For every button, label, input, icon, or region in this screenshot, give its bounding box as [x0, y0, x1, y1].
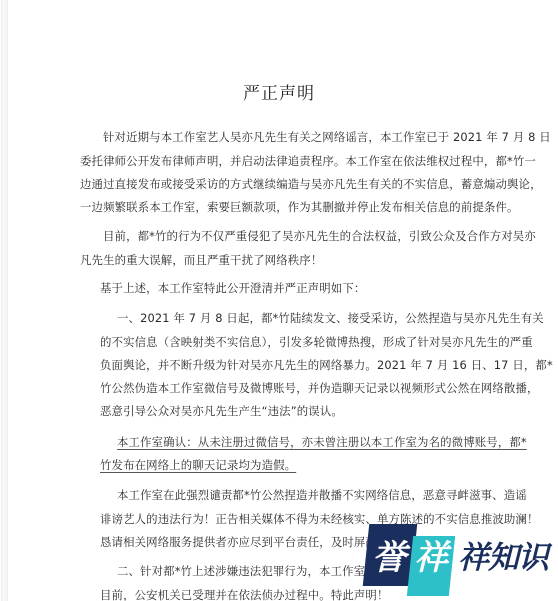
document-title: 严正声明: [0, 79, 558, 104]
paragraph-7-line-1: 二、针对都*竹上述涉嫌违法犯罪行为，本工作室已: [117, 564, 377, 578]
paragraph-4-line-5: 恶意引导公众对吴亦凡先生产生“违法”的误认。: [100, 404, 343, 418]
paragraph-1-line-3: 边通过直接发布或接受采访的方式继续编造与吴亦凡先生有关的不实信息，蓄意煽动舆论，: [80, 177, 542, 191]
paragraph-1-line-2: 委托律师公开发布律师声明，并启动法律追责程序。本工作室在依法维权过程中，都*竹一: [80, 154, 536, 168]
paragraph-6-line-3: 恳请相关网络服务提供者亦应尽到平台责任，及时屏蔽、: [100, 535, 389, 549]
paragraph-4-line-3: 负面舆论，并不断升级为针对吴亦凡先生的网络暴力。2021 年 7 月 16 日、…: [100, 358, 553, 372]
paragraph-2-line-1: 目前，都*竹的行为不仅严重侵犯了吴亦凡先生的合法权益，引致公众及合作方对吴亦: [103, 229, 536, 243]
paragraph-1-line-4: 一边频繁联系本工作室，索要巨额款项，作为其删撤并停止发布相关信息的前提条件。: [80, 200, 519, 214]
paragraph-2-line-2: 凡先生的重大误解，而且严重干扰了网络秩序！: [80, 253, 322, 267]
logo-char-1: 誉: [372, 538, 406, 578]
paragraph-4-line-1: 一、2021 年 7 月 8 日起，都*竹陆续发文、接受采访，公然捏造与吴亦凡先…: [117, 311, 544, 325]
paragraph-5-line-2: 竹发布在网络上的聊天记录均为造假。: [100, 458, 296, 472]
logo-char-2: 祥: [414, 538, 448, 578]
logo-text: 祥知识: [458, 538, 548, 578]
paragraph-3-line-1: 基于上述，本工作室特此公开澄清并严正声明如下：: [100, 281, 365, 295]
paragraph-4-line-2: 的不实信息（含映射类不实信息），引发多轮微博热搜，形成了针对吴亦凡先生的严重: [100, 335, 533, 349]
paragraph-5-line-1: 本工作室确认：从未注册过微信号，亦未曾注册以本工作室为名的微博账号，都*: [117, 435, 527, 449]
paragraph-1-line-1: 针对近期与本工作室艺人吴亦凡先生有关之网络谣言，本工作室已于 2021 年 7 …: [103, 130, 551, 144]
paragraph-6-line-1: 本工作室在此强烈谴责都*竹公然捏造并散播不实网络信息，恶意寻衅滋事、造谣: [117, 488, 527, 502]
paragraph-7-line-2: 目前，公安机关已受理并在依法侦办过程中。特此声明！: [100, 588, 389, 601]
paragraph-4-line-4: 竹公然伪造本工作室微信号及微博账号，并伪造聊天记录以视频形式公然在网络散播，: [100, 381, 539, 395]
watermark-logo: 誉 祥 祥知识: [366, 524, 554, 596]
